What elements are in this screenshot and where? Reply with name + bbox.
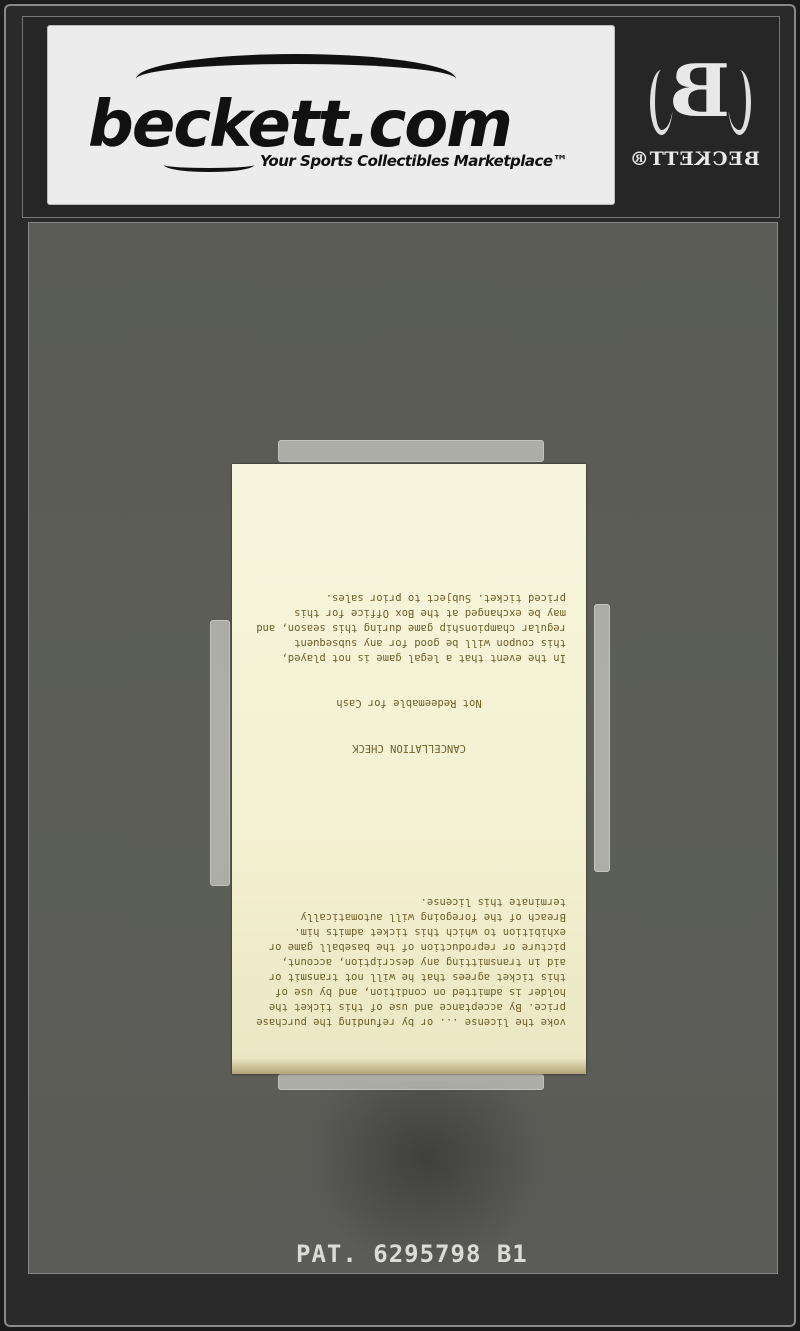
beckett-wordmark: BECKETT®: [640, 148, 760, 170]
cancellation-check-block: CANCELLATION CHECK Not Redeemable for Ca…: [252, 560, 566, 785]
left-clip: [210, 620, 230, 886]
right-clip: [594, 604, 610, 872]
beckett-logo-text: beckett.com: [88, 88, 511, 162]
license-body: voke the license ... or by refunding the…: [252, 894, 566, 1029]
torn-edge: [232, 1058, 586, 1074]
b-emblem-letter: B: [670, 48, 730, 133]
cancellation-body: In the event that a legal game is not pl…: [252, 590, 566, 665]
bottom-clip: [278, 1074, 544, 1090]
beckett-label: beckett.com Your Sports Collectibles Mar…: [48, 26, 614, 204]
cancellation-heading: CANCELLATION CHECK: [252, 740, 566, 755]
license-terms-block: voke the license ... or by refunding the…: [252, 864, 566, 1059]
cancellation-subheading: Not Redeemable for Cash: [252, 695, 566, 710]
tagline: Your Sports Collectibles Marketplace™: [260, 152, 567, 170]
ticket-stub-back: CANCELLATION CHECK Not Redeemable for Ca…: [232, 464, 586, 1074]
beckett-emblem: B BECKETT®: [640, 40, 760, 190]
patent-number: PAT. 6295798 B1: [296, 1240, 528, 1268]
swoosh-bottom-icon: [164, 158, 254, 172]
top-clip: [278, 440, 544, 462]
laurel-right-icon: [728, 70, 751, 135]
